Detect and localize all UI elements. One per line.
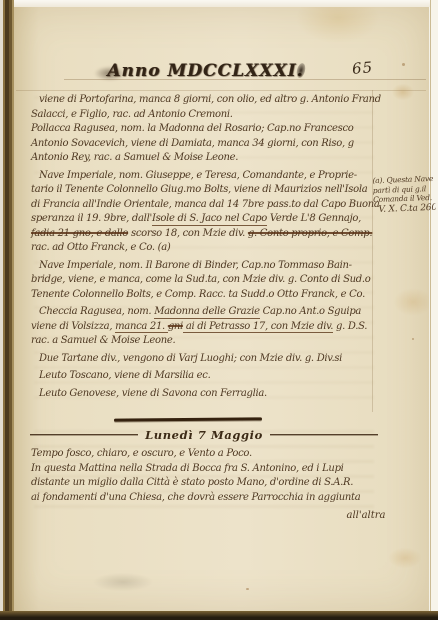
manuscript-segment-u: Isole di S. Jaco nel Capo xyxy=(152,213,267,226)
manuscript-segment: ai fondamenti d'una Chiesa, che dovrà es… xyxy=(31,492,360,503)
manuscript-entry: viene di Portofarina, manca 8 giorni, co… xyxy=(31,93,379,166)
manuscript-line: In questa Mattina nella Strada di Bocca … xyxy=(31,462,379,477)
manuscript-segment-u: Madonna delle Grazie xyxy=(154,306,260,319)
manuscript-segment-strike: gni xyxy=(168,321,183,332)
manuscript-line: rac. a Samuel & Moise Leone. xyxy=(31,334,379,349)
manuscript-line: di Francia all'Indie Orientale, manca da… xyxy=(31,198,379,213)
manuscript-line: bridge, viene, e manca, come la Sud.ta, … xyxy=(31,273,379,288)
manuscript-segment-strike: g. Conto proprio, e Comp. xyxy=(248,228,372,239)
manuscript-segment: Antonio Rey, rac. a Samuel & Moise Leone… xyxy=(31,152,238,163)
manuscript-line: fadia 21 gno, e dallo scorso 18, con Mzi… xyxy=(31,227,379,242)
heading-rule-left xyxy=(30,434,138,436)
margin-note: (a). Questa Navepartì di qui g.ilComanda… xyxy=(372,174,435,216)
manuscript-entry: Checcia Ragusea, nom. Madonna delle Graz… xyxy=(31,305,379,349)
manuscript-segment: Salacci, e Figlio, rac. ad Antonio Cremo… xyxy=(31,109,233,120)
manuscript-segment: Nave Imperiale, nom. Il Barone di Binder… xyxy=(39,260,352,271)
manuscript-line: V. X. C.ta 260 xyxy=(373,203,435,216)
manuscript-line: rac. ad Otto Franck, e Co. (a) xyxy=(31,241,379,256)
manuscript-segment: Cap.no Ant.o Sguipa xyxy=(260,306,361,317)
fox-spot xyxy=(412,338,414,340)
manuscript-line: tario il Tenente Colonnello Giug.mo Bolt… xyxy=(31,183,379,198)
manuscript-segment: di Francia all'Indie Orientale, manca da… xyxy=(31,199,380,210)
manuscript-entry: Due Tartane div., vengono di Varj Luoghi… xyxy=(31,352,379,367)
manuscript-segment-u: ai di Petrasso 17, con Mzie div. xyxy=(183,321,333,334)
manuscript-line: Leuto Genovese, viene di Savona con Ferr… xyxy=(31,387,379,402)
scan-top-edge xyxy=(0,0,438,7)
manuscript-scan: Anno MDCCLXXXI. 65 viene di Portofarina,… xyxy=(0,0,438,620)
manuscript-segment: Tempo fosco, chiaro, e oscuro, e Vento a… xyxy=(31,448,252,459)
manuscript-line: Pollacca Ragusea, nom. la Madonna del Ro… xyxy=(31,122,379,137)
manuscript-line: Antonio Sovacevich, viene di Damiata, ma… xyxy=(31,137,379,152)
manuscript-line: Nave Imperiale, nom. Giuseppe, e Teresa,… xyxy=(31,169,379,184)
manuscript-line: Salacci, e Figlio, rac. ad Antonio Cremo… xyxy=(31,108,379,123)
manuscript-line: Due Tartane div., vengono di Varj Luoghi… xyxy=(31,352,379,367)
manuscript-segment: In questa Mattina nella Strada di Bocca … xyxy=(31,463,344,474)
journal-body: Tempo fosco, chiaro, e oscuro, e Vento a… xyxy=(31,447,379,505)
section-heading-row: Lunedì 7 Maggio xyxy=(30,428,378,442)
manuscript-segment: Verde L'8 Gennajo, xyxy=(267,213,361,224)
ruled-line xyxy=(16,90,426,91)
manuscript-segment: tario il Tenente Colonnello Giug.mo Bolt… xyxy=(31,184,367,195)
manuscript-entry: Nave Imperiale, nom. Il Barone di Binder… xyxy=(31,259,379,303)
manuscript-segment: Checcia Ragusea, nom. xyxy=(39,306,154,317)
manuscript-line: speranza il 19. 9bre, dall'Isole di S. J… xyxy=(31,212,379,227)
manuscript-line: Tenente Colonnello Bolts, e Comp. Racc. … xyxy=(31,288,379,303)
manuscript-segment: V. X. C.ta 260 xyxy=(378,203,435,215)
manuscript-segment: viene di Portofarina, manca 8 giorni, co… xyxy=(39,94,381,105)
fox-spot xyxy=(402,63,405,66)
manuscript-body: viene di Portofarina, manca 8 giorni, co… xyxy=(31,93,379,404)
manuscript-line: viene di Portofarina, manca 8 giorni, co… xyxy=(31,93,379,108)
manuscript-segment: Due Tartane div., vengono di Varj Luoghi… xyxy=(39,353,342,364)
manuscript-entry: Leuto Toscano, viene di Marsilia ec. xyxy=(31,369,379,384)
manuscript-line: Checcia Ragusea, nom. Madonna delle Graz… xyxy=(31,305,379,320)
next-page-edge xyxy=(430,0,438,612)
scan-bottom-edge xyxy=(0,611,438,620)
manuscript-segment: speranza il 19. 9bre, dall' xyxy=(31,213,152,224)
manuscript-segment: scorso 18, con Mzie div. xyxy=(128,228,248,239)
fox-spot xyxy=(246,588,249,590)
manuscript-segment: rac. ad Otto Franck, e Co. (a) xyxy=(31,242,171,253)
year-heading: Anno MDCCLXXXI. xyxy=(88,61,323,81)
manuscript-segment: viene di Volsizza, xyxy=(31,321,115,332)
manuscript-line: ai fondamenti d'una Chiesa, che dovrà es… xyxy=(31,491,379,506)
manuscript-segment: rac. a Samuel & Moise Leone. xyxy=(31,335,175,346)
manuscript-segment: Leuto Genovese, viene di Savona con Ferr… xyxy=(39,388,267,399)
manuscript-segment: bridge, viene, e manca, come la Sud.ta, … xyxy=(31,274,371,285)
manuscript-segment: Antonio Sovacevich, viene di Damiata, ma… xyxy=(31,138,354,149)
page-number: 65 xyxy=(351,58,374,78)
manuscript-segment: Leuto Toscano, viene di Marsilia ec. xyxy=(39,370,210,381)
manuscript-line: Antonio Rey, rac. a Samuel & Moise Leone… xyxy=(31,151,379,166)
book-binding-edge xyxy=(0,0,14,612)
section-heading-date: Lunedì 7 Maggio xyxy=(138,428,270,442)
manuscript-segment: distante un miglio dalla Città è stato p… xyxy=(31,477,353,488)
manuscript-line: Tempo fosco, chiaro, e oscuro, e Vento a… xyxy=(31,447,379,462)
manuscript-line: viene di Volsizza, manca 21. gni ai di P… xyxy=(31,320,379,335)
manuscript-line: Nave Imperiale, nom. Il Barone di Binder… xyxy=(31,259,379,274)
manuscript-segment-u: manca 21. xyxy=(115,321,168,334)
manuscript-segment: g. D.S. xyxy=(333,321,367,332)
manuscript-line: distante un miglio dalla Città è stato p… xyxy=(31,476,379,491)
manuscript-line: Leuto Toscano, viene di Marsilia ec. xyxy=(31,369,379,384)
manuscript-entry: Leuto Genovese, viene di Savona con Ferr… xyxy=(31,387,379,402)
manuscript-segment: Tenente Colonnello Bolts, e Comp. Racc. … xyxy=(31,289,365,300)
manuscript-segment: Nave Imperiale, nom. Giuseppe, e Teresa,… xyxy=(39,170,357,181)
catchword: all'altra xyxy=(326,510,406,521)
heading-rule-right xyxy=(270,434,378,436)
manuscript-segment-strike: fadia 21 gno, e dallo xyxy=(31,228,128,239)
manuscript-entry: Nave Imperiale, nom. Giuseppe, e Teresa,… xyxy=(31,169,379,256)
manuscript-segment: Pollacca Ragusea, nom. la Madonna del Ro… xyxy=(31,123,353,134)
